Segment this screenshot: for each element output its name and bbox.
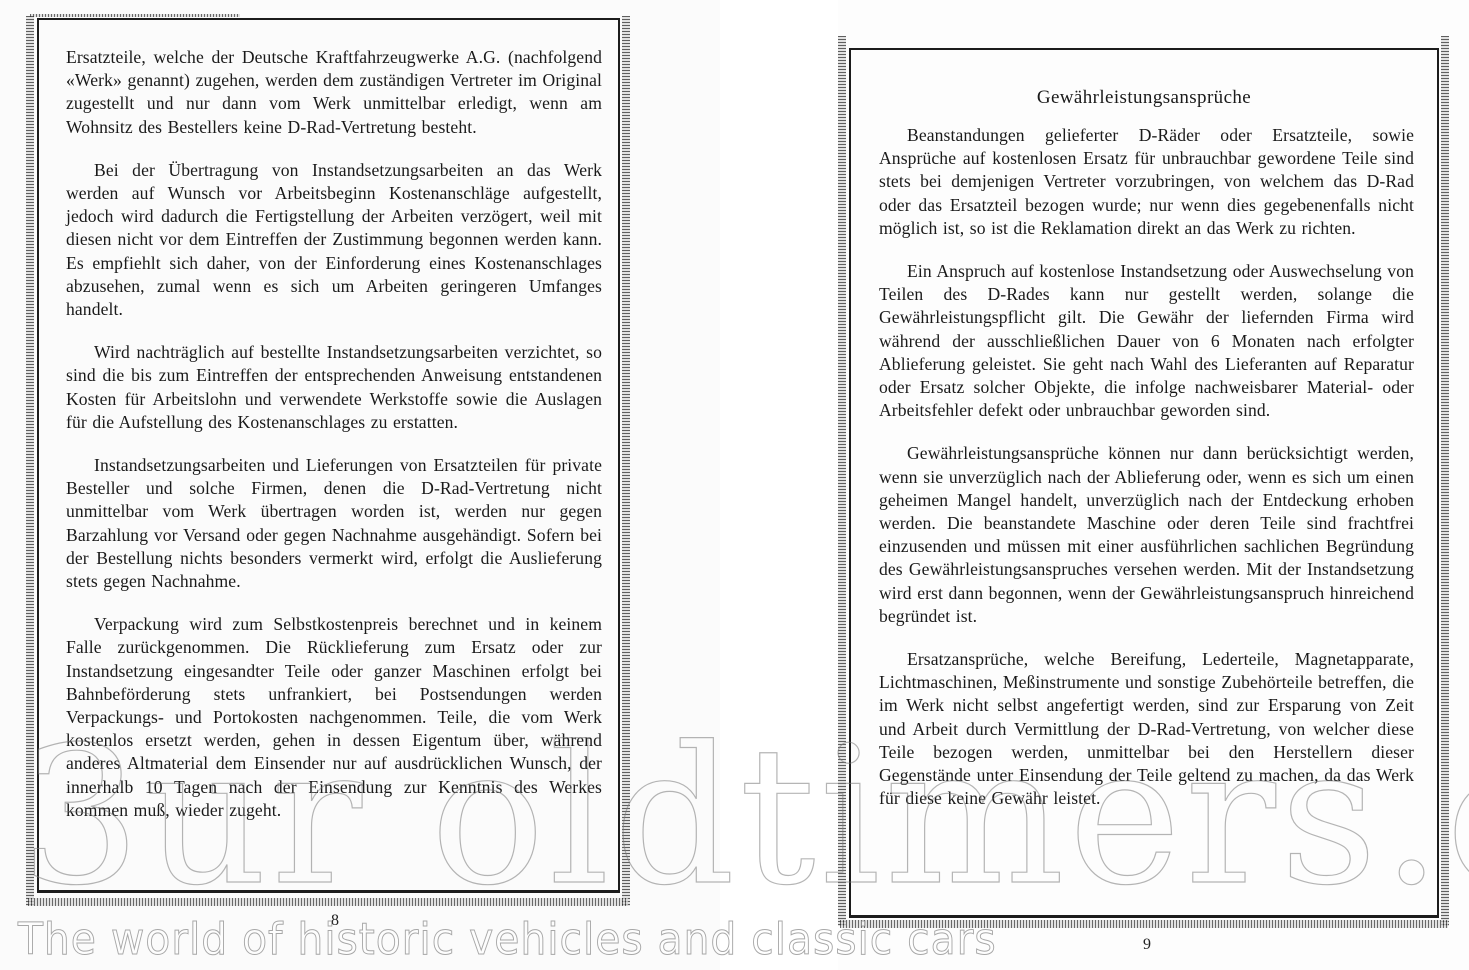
right-rail <box>622 16 630 906</box>
paragraph: Bei der Übertragung von Instandsetzungsa… <box>66 159 602 321</box>
top-rail <box>30 14 240 17</box>
paragraph: Ersatzansprüche, welche Bereifung, Leder… <box>879 648 1414 810</box>
paragraph: Verpackung wird zum Selbstkostenpreis be… <box>66 613 602 822</box>
paragraph: Beanstandungen gelieferter D-Räder oder … <box>879 124 1414 240</box>
paragraph: Instandsetzungsarbeiten und Lieferungen … <box>66 454 602 593</box>
bottom-rail <box>28 898 628 906</box>
left-rail <box>26 16 34 906</box>
bottom-rail <box>840 920 1448 928</box>
right-page-body: Beanstandungen gelieferter D-Räder oder … <box>879 124 1414 830</box>
left-rail <box>838 36 846 926</box>
right-page: Gewährleistungsansprüche Beanstandungen … <box>838 0 1469 970</box>
page-number: 8 <box>331 912 339 930</box>
paragraph: Ersatzteile, welche der Deutsche Kraftfa… <box>66 46 602 139</box>
right-rail <box>1441 36 1449 926</box>
left-page-body: Ersatzteile, welche der Deutsche Kraftfa… <box>66 46 602 842</box>
paragraph: Gewährleistungsansprüche können nur dann… <box>879 442 1414 628</box>
paragraph: Wird nachträglich auf bestellte Instands… <box>66 341 602 434</box>
paragraph: Ein Anspruch auf kostenlose Instandsetzu… <box>879 260 1414 422</box>
left-page: Ersatzteile, welche der Deutsche Kraftfa… <box>0 0 720 970</box>
page-number: 9 <box>1143 936 1151 954</box>
section-heading: Gewährleistungsansprüche <box>849 87 1439 109</box>
